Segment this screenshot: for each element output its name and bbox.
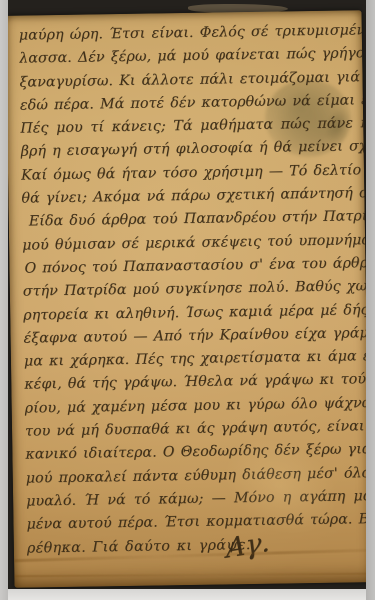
paper-crease xyxy=(14,573,370,577)
letter-paper: μαύρη ώρη. Έτσι είναι. Φελός σέ τρικυμισ… xyxy=(6,10,371,588)
scan-edge-right xyxy=(366,0,375,600)
signature-flourish: Αγ. xyxy=(226,527,270,565)
scan-edge-bottom xyxy=(0,589,375,600)
scanned-letter-photo: μαύρη ώρη. Έτσι είναι. Φελός σέ τρικυμισ… xyxy=(0,0,375,600)
scan-edge-left xyxy=(0,0,8,600)
